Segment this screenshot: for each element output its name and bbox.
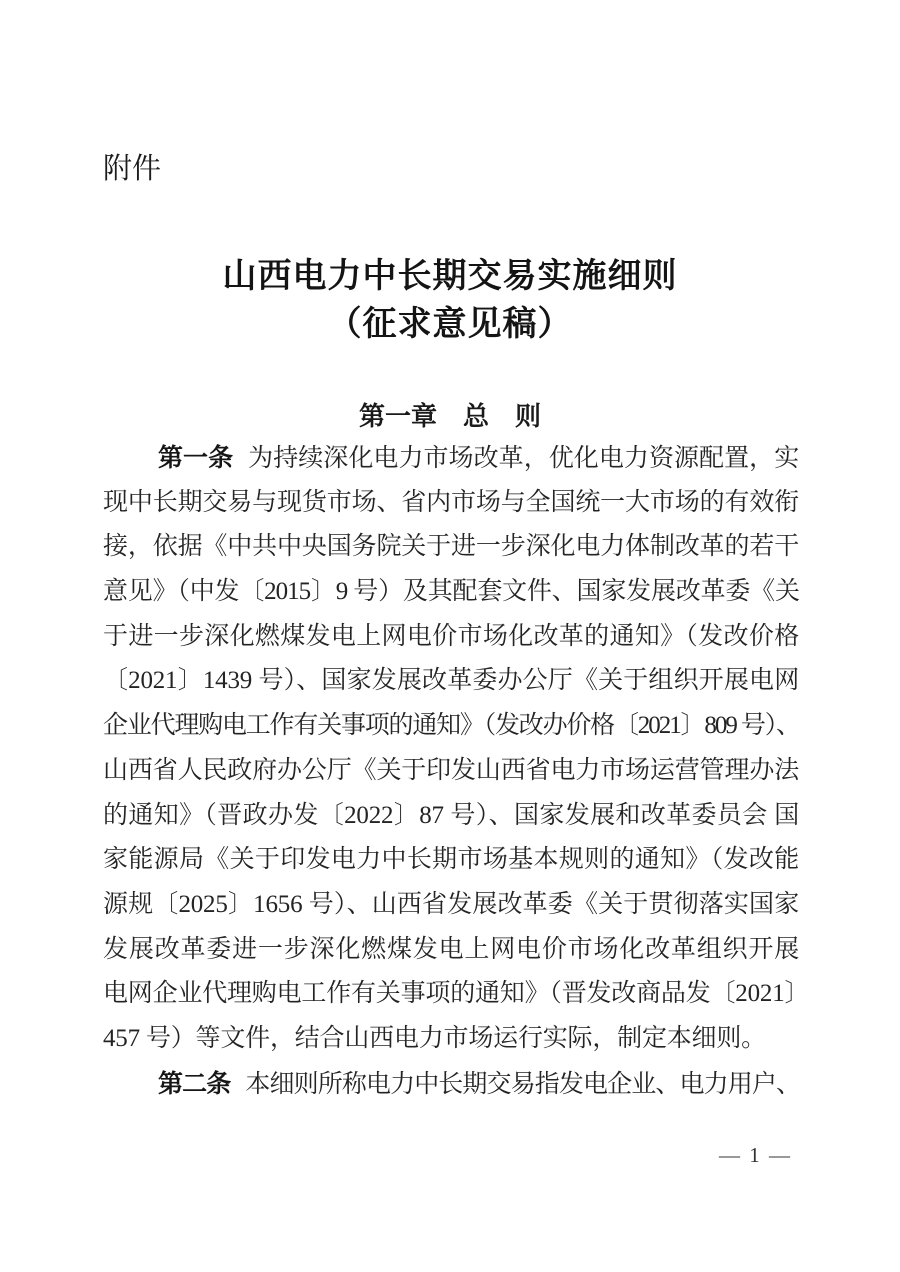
text-line-3: 接，依据《中共中央国务院关于进一步深化电力体制改革的若干: [103, 525, 799, 570]
text-line-9: 的通知》（晋政办发〔2022〕87 号）、国家发展和改革委员会 国: [103, 794, 799, 839]
chapter-heading: 第一章 总 则: [0, 396, 900, 433]
text-line-12: 发展改革委进一步深化燃煤发电上网电价市场化改革组织开展: [103, 928, 799, 973]
document-page: 附件 山西电力中长期交易实施细则 （征求意见稿） 第一章 总 则 第一条为持续深…: [0, 0, 900, 1272]
page-number: — 1 —: [719, 1140, 792, 1170]
document-title: 山西电力中长期交易实施细则 （征求意见稿）: [0, 253, 900, 349]
text-line-14: 457 号）等文件，结合山西电力市场运行实际，制定本细则。: [103, 1017, 799, 1062]
attachment-label: 附件: [103, 146, 161, 187]
article-2-line-0: 本细则所称电力中长期交易指发电企业、电力用户、: [245, 1071, 799, 1098]
text-line-11: 源规〔2025〕1656 号）、山西省发展改革委《关于贯彻落实国家: [103, 883, 799, 928]
text-line-8: 山西省人民政府办公厅《关于印发山西省电力市场运营管理办法: [103, 749, 799, 794]
text-line-4: 意见》（中发〔2015〕9 号）及其配套文件、国家发展改革委《关: [103, 570, 799, 615]
text-line-7: 企业代理购电工作有关事项的通知》（发改办价格〔2021〕809 号）、: [103, 704, 799, 749]
text-line-5: 于进一步深化燃煤发电上网电价市场化改革的通知》（发改价格: [103, 615, 799, 660]
text-line-1: 第一条为持续深化电力市场改革，优化电力资源配置，实: [103, 436, 799, 481]
text-line-15: 第二条本细则所称电力中长期交易指发电企业、电力用户、: [103, 1062, 799, 1107]
document-title-line2: （征求意见稿）: [0, 301, 900, 349]
text-line-10: 家能源局《关于印发电力中长期市场基本规则的通知》（发改能: [103, 838, 799, 883]
text-line-13: 电网企业代理购电工作有关事项的通知》（晋发改商品发〔2021〕: [103, 972, 799, 1017]
article-1-line-0: 为持续深化电力市场改革，优化电力资源配置，实: [248, 445, 799, 472]
text-line-6: 〔2021〕1439 号）、国家发展改革委办公厅《关于组织开展电网: [103, 659, 799, 704]
document-title-line1: 山西电力中长期交易实施细则: [0, 253, 900, 301]
text-line-2: 现中长期交易与现货市场、省内市场与全国统一大市场的有效衔: [103, 481, 799, 526]
document-body: 第一条为持续深化电力市场改革，优化电力资源配置，实 现中长期交易与现货市场、省内…: [103, 436, 799, 1106]
article-1-label: 第一条: [158, 444, 233, 472]
article-2-label: 第二条: [158, 1070, 230, 1098]
